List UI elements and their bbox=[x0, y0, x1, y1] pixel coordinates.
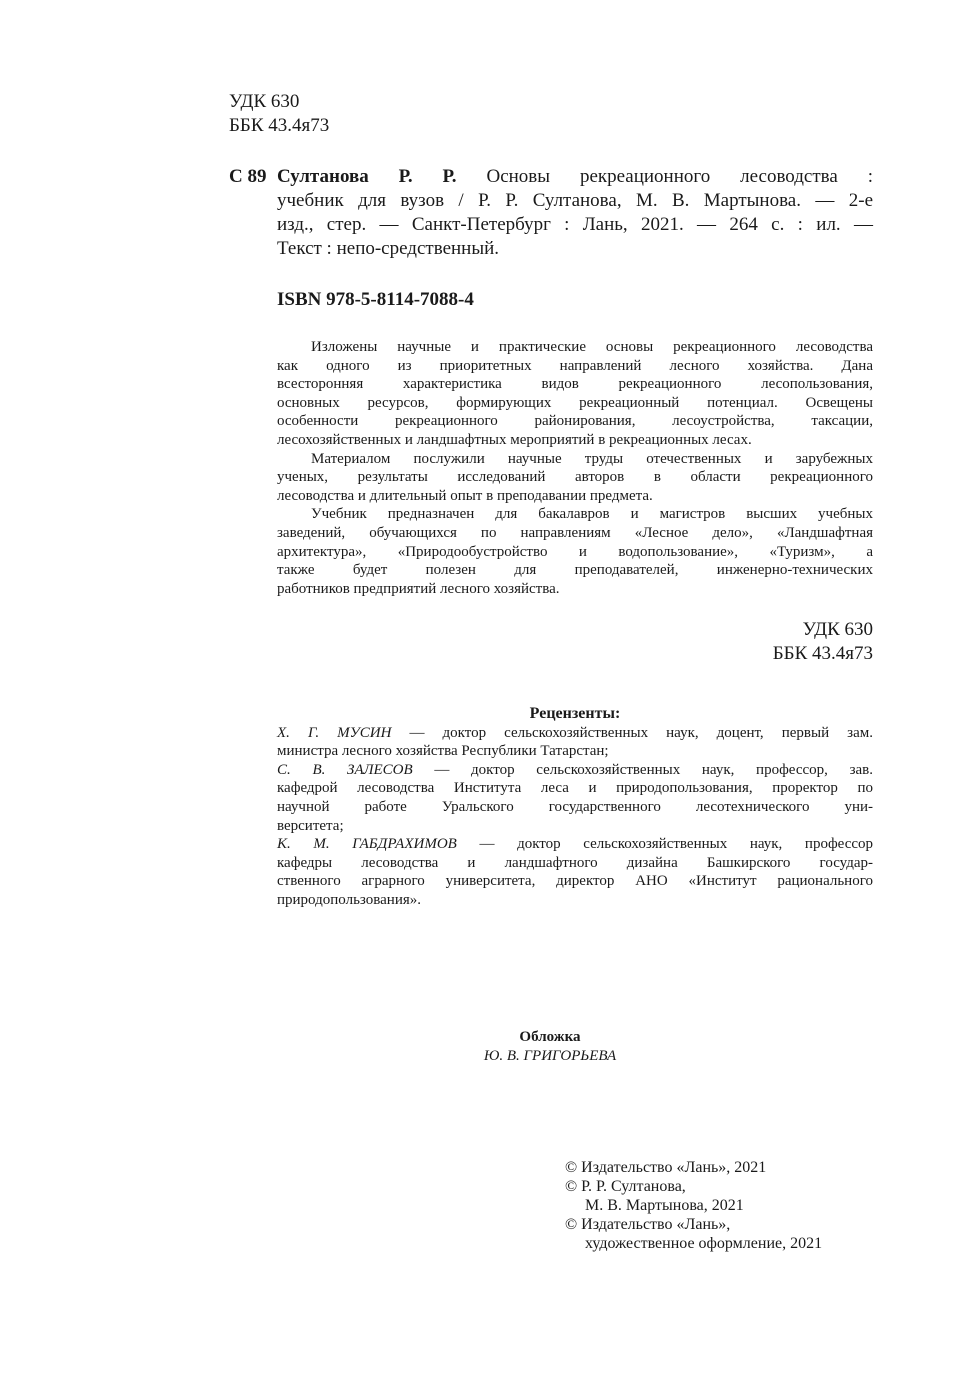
reviewer-line: научной работе Уральского государственно… bbox=[277, 798, 873, 817]
reviewer-line: К. М. ГАБДРАХИМОВ — доктор сельскохозяйс… bbox=[277, 835, 873, 854]
reviewer-line: С. В. ЗАЛЕСОВ — доктор сельскохозяйствен… bbox=[277, 761, 873, 780]
catalog-line-1: Султанова Р. Р. Основы рекреационного ле… bbox=[277, 165, 873, 189]
catalog-line-3: изд., стер. — Санкт-Петербург : Лань, 20… bbox=[277, 213, 873, 237]
copyright-line: © Издательство «Лань», 2021 bbox=[565, 1158, 885, 1177]
catalog-line-2: учебник для вузов / Р. Р. Султанова, М. … bbox=[277, 189, 873, 213]
annotation-line: работников предприятий лесного хозяйства… bbox=[277, 580, 873, 599]
reviewer-line: министра лесного хозяйства Республики Та… bbox=[277, 742, 873, 761]
annotation: Изложены научные и практические основы р… bbox=[277, 338, 873, 598]
reviewer-line: ственного аграрного университета, директ… bbox=[277, 872, 873, 891]
cover-designer: Ю. В. ГРИГОРЬЕВА bbox=[420, 1047, 680, 1066]
annotation-line: ученых, результаты исследований авторов … bbox=[277, 468, 873, 487]
udk-code: УДК 630 bbox=[673, 618, 873, 642]
annotation-line: основных ресурсов, формирующих рекреацио… bbox=[277, 394, 873, 413]
annotation-line: особенности рекреационного районирования… bbox=[277, 412, 873, 431]
annotation-line: лесоводства и длительный опыт в преподав… bbox=[277, 487, 873, 506]
catalog-code: С 89 bbox=[229, 165, 266, 189]
reviewer-line: верситета; bbox=[277, 817, 873, 836]
annotation-line: заведений, обучающихся по направлениям «… bbox=[277, 524, 873, 543]
isbn: ISBN 978-5-8114-7088-4 bbox=[277, 288, 474, 312]
reviewer-line: Х. Г. МУСИН — доктор сельскохозяйственны… bbox=[277, 724, 873, 743]
author-name: Султанова Р. Р. bbox=[277, 166, 457, 187]
annotation-line: лесохозяйственных и ландшафтных мероприя… bbox=[277, 431, 873, 450]
catalog-title: Основы рекреационного лесоводства : bbox=[486, 166, 873, 187]
catalog-line-4: Текст : непо-средственный. bbox=[277, 237, 873, 261]
copyright-line: М. В. Мартынова, 2021 bbox=[565, 1196, 885, 1215]
reviewer-line: кафедры лесоводства и ландшафтного дизай… bbox=[277, 854, 873, 873]
annotation-line: Материалом послужили научные труды отече… bbox=[277, 450, 873, 469]
copyright-block: © Издательство «Лань», 2021© Р. Р. Султа… bbox=[565, 1158, 885, 1253]
reviewers-heading: Рецензенты: bbox=[277, 705, 873, 724]
bbk-code: ББК 43.4я73 bbox=[673, 642, 873, 666]
annotation-line: архитектура», «Природообустройство и вод… bbox=[277, 543, 873, 562]
reviewer-name: С. В. ЗАЛЕСОВ bbox=[277, 762, 413, 778]
annotation-line: Учебник предназначен для бакалавров и ма… bbox=[277, 505, 873, 524]
reviewer-description: — доктор сельскохозяйственных наук, доце… bbox=[391, 725, 873, 741]
reviewer-line: природопользования». bbox=[277, 891, 873, 910]
annotation-line: как одного из приоритетных направлений л… bbox=[277, 357, 873, 376]
udk-code: УДК 630 bbox=[229, 90, 429, 114]
cover-credit: Обложка Ю. В. ГРИГОРЬЕВА bbox=[420, 1028, 680, 1065]
reviewer-name: К. М. ГАБДРАХИМОВ bbox=[277, 836, 457, 852]
copyright-line: © Р. Р. Султанова, bbox=[565, 1177, 885, 1196]
annotation-line: всесторонняя характеристика видов рекреа… bbox=[277, 375, 873, 394]
reviewer-description: — доктор сельскохозяйственных наук, проф… bbox=[457, 836, 873, 852]
udk-bbk-top: УДК 630 ББК 43.4я73 bbox=[229, 90, 429, 138]
annotation-line: Изложены научные и практические основы р… bbox=[277, 338, 873, 357]
reviewer-line: кафедрой лесоводства Института леса и пр… bbox=[277, 779, 873, 798]
cover-label: Обложка bbox=[420, 1028, 680, 1047]
reviewers-list: Х. Г. МУСИН — доктор сельскохозяйственны… bbox=[277, 724, 873, 910]
copyright-line: © Издательство «Лань», bbox=[565, 1215, 885, 1234]
reviewer-description: — доктор сельскохозяйственных наук, проф… bbox=[413, 762, 873, 778]
annotation-line: также будет полезен для преподавателей, … bbox=[277, 561, 873, 580]
copyright-line: художественное оформление, 2021 bbox=[565, 1234, 885, 1253]
catalog-entry: Султанова Р. Р. Основы рекреационного ле… bbox=[277, 165, 873, 261]
reviewers-section: Рецензенты: Х. Г. МУСИН — доктор сельско… bbox=[277, 705, 873, 910]
bbk-code: ББК 43.4я73 bbox=[229, 114, 429, 138]
udk-bbk-bottom: УДК 630 ББК 43.4я73 bbox=[673, 618, 873, 666]
reviewer-name: Х. Г. МУСИН bbox=[277, 725, 391, 741]
